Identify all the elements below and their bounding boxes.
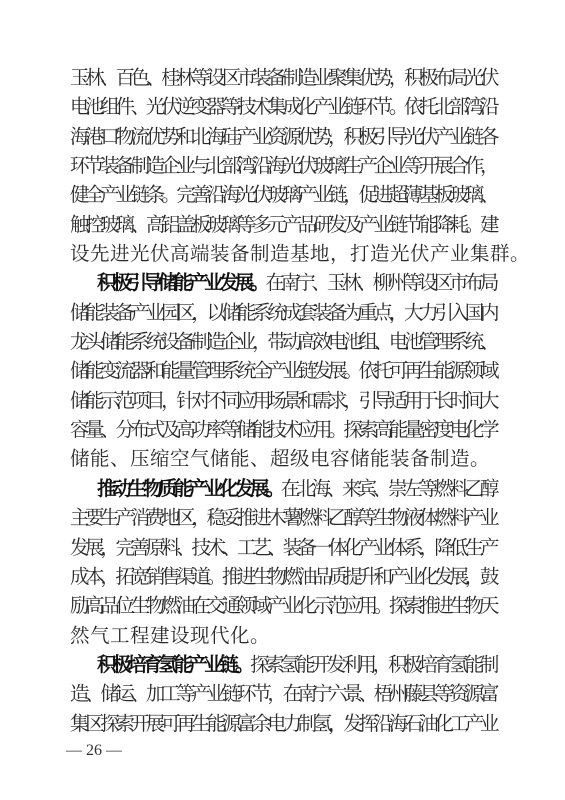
paragraph-first-line: 积极培育氢能产业链。探索氢能开发利用，积极培育氢能制 [70,650,495,679]
text-line: 健全产业链条。完善沿海光伏玻璃产业链，促进超薄基板玻璃、 [70,180,495,209]
text-line: 储能变流器和能量管理系统全产业链发展。依托可再生能源领域 [70,356,495,385]
paragraph-first-line: 积极引导储能产业发展。在南宁、玉林、柳州等设区市布局 [70,268,495,297]
paragraph-first-line-text: 在北海、来宾、崇左等燃料乙醇 [281,477,495,500]
document-page: 玉林、百色、桂林等设区市装备制造业聚集优势，积极布局光伏 电池组件、光伏逆变器等… [0,0,565,800]
text-line: 集区探索开展可再生能源富余电力制氢，发挥沿海石油化工产业 [70,709,495,738]
paragraph-first-line: 推动生物质能产业化发展。在北海、来宾、崇左等燃料乙醇 [70,474,495,503]
text-line: 造、储运、加工等产业链环节，在南宁六景、梧州藤县等资源富 [70,679,495,708]
text-line: 主要生产消费地区，稳妥推进木薯燃料乙醇等生物液体燃料产业 [70,503,495,532]
paragraph-heading-hydrogen: 积极培育氢能产业链。 [97,653,250,676]
page-number: — 26 — [66,742,122,760]
text-line: 玉林、百色、桂林等设区市装备制造业聚集优势，积极布局光伏 [70,63,495,92]
text-line: 储能、压缩空气储能、超级电容储能装备制造。 [70,444,495,473]
paragraph-heading-energy-storage: 积极引导储能产业发展。 [97,271,265,294]
body-text: 玉林、百色、桂林等设区市装备制造业聚集优势，积极布局光伏 电池组件、光伏逆变器等… [70,63,495,738]
text-line: 然气工程建设现代化。 [70,621,495,650]
text-line: 龙头储能系统设备制造企业，带动高效电池组、电池管理系统、 [70,327,495,356]
text-line: 储能装备产业园区，以储能系统成套装备为重点，大力引入国内 [70,298,495,327]
paragraph-heading-biomass: 推动生物质能产业化发展。 [97,477,281,500]
paragraph-first-line-text: 探索氢能开发利用，积极培育氢能制 [250,653,495,676]
text-line: 励高品位生物燃油在交通领域产业化示范应用。探索推进生物天 [70,591,495,620]
text-line: 电池组件、光伏逆变器等技术集成化产业链环节。依托北部湾沿 [70,92,495,121]
text-line: 环节装备制造企业与北部湾沿海光伏玻璃生产企业等开展合作， [70,151,495,180]
text-line: 设先进光伏高端装备制造基地，打造光伏产业集群。 [70,239,495,268]
paragraph-first-line-text: 在南宁、玉林、柳州等设区市布局 [265,271,495,294]
text-line: 储能示范项目，针对不同应用场景和需求，引导适用于长时间大 [70,386,495,415]
text-line: 容量、分布式及高功率等储能技术应用。探索高能量密度电化学 [70,415,495,444]
text-line: 触控玻璃、高铝盖板玻璃等多元产品研发及产业链节能降耗。建 [70,210,495,239]
text-line: 发展，完善原料、技术、工艺、装备一体化产业体系，降低生产 [70,533,495,562]
text-line: 海港口物流优势和北海硅产业资源优势，积极引导光伏产业链各 [70,122,495,151]
text-line: 成本，拓宽销售渠道。推进生物燃油品质提升和产业化发展，鼓 [70,562,495,591]
